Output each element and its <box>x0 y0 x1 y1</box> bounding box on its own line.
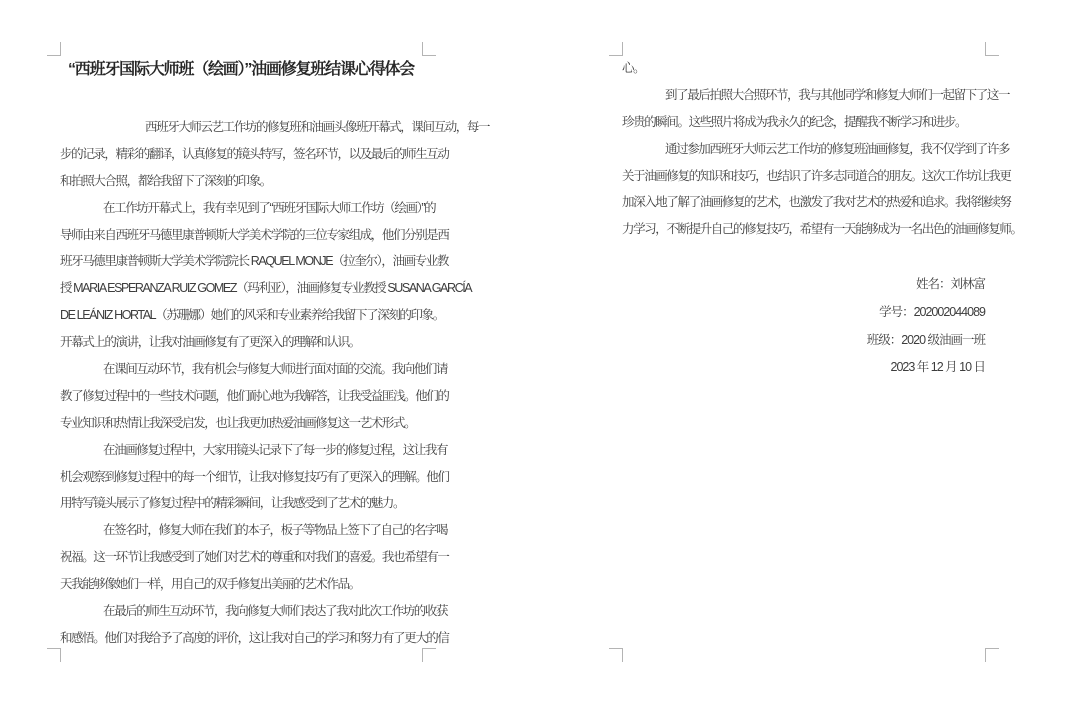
signature-student-id-line: 学号：202002044089 <box>622 299 985 327</box>
text-line: 教了修复过程中的一些技术问题，他们耐心地为我解答，让我受益匪浅。他们的 <box>60 383 422 410</box>
text-line: 专业知识和热情让我深受启发，也让我更加热爱油画修复这一艺术形式。 <box>60 410 422 437</box>
text-line: 开幕式上的演讲，让我对油画修复有了更深入的理解和认识。 <box>60 329 422 356</box>
text-boundary-mark-bottom-right-page1 <box>422 648 436 662</box>
text-line: 加深入地了解了油画修复的艺术，也激发了我对艺术的热爱和追求。我将继续努 <box>622 189 985 216</box>
text-line: 通过参加西班牙大师云艺工作坊的修复班油画修复，我不仅学到了许多 <box>622 136 985 163</box>
page-1: “西班牙国际大师班（绘画）”油画修复班结课心得体会西班牙大师云艺工作坊的修复班和… <box>60 55 422 652</box>
signature-date-line: 2023 年 12 月 10 日 <box>622 354 985 382</box>
text-line: 西班牙大师云艺工作坊的修复班和油画头像班开幕式，课间互动，每一 <box>60 114 422 141</box>
signature-name-line: 姓名：刘林富 <box>622 271 985 299</box>
text-line: 步的记录，精彩的翻译，认真修复的镜头特写，签名环节，以及最后的师生互动 <box>60 141 422 168</box>
text-line: 珍贵的瞬间。这些照片将成为我永久的纪念，提醒我不断学习和进步。 <box>622 109 985 136</box>
text-line: 在工作坊开幕式上，我有幸见到了“西班牙国际大师工作坊（绘画）”的 <box>60 195 422 222</box>
text-line: 到了最后拍照大合照环节，我与其他同学和修复大师们一起留下了这一 <box>622 82 985 109</box>
text-boundary-mark-top-right-page1 <box>422 42 436 56</box>
text-line: 在课间互动环节，我有机会与修复大师进行面对面的交流。我向他们请 <box>60 356 422 383</box>
document-canvas: “西班牙国际大师班（绘画）”油画修复班结课心得体会西班牙大师云艺工作坊的修复班和… <box>0 0 1080 702</box>
signature-class-line: 班级：2020 级油画一班 <box>622 327 985 355</box>
text-line: 班牙马德里康普顿斯大学美术学院院长 RAQUEL MONJE（拉奎尔），油画专业… <box>60 248 422 275</box>
text-boundary-mark-top-left-page1 <box>47 42 61 56</box>
text-boundary-mark-bottom-left-page1 <box>47 648 61 662</box>
text-boundary-mark-bottom-left-page2 <box>609 648 623 662</box>
text-line: 授 MARIA ESPERANZA RUIZ GOMEZ（玛利亚），油画修复专业… <box>60 275 422 302</box>
text-line: 祝福。这一环节让我感受到了她们对艺术的尊重和对我们的喜爱。我也希望有一 <box>60 544 422 571</box>
paragraph-spacer <box>622 243 985 271</box>
text-line: 在签名时，修复大师在我们的本子，板子等物品上签下了自己的名字喝 <box>60 517 422 544</box>
document-title: “西班牙国际大师班（绘画）”油画修复班结课心得体会 <box>60 59 422 81</box>
text-boundary-mark-bottom-right-page2 <box>985 648 999 662</box>
text-line: 导师由来自西班牙马德里康普顿斯大学美术学院的三位专家组成，他们分别是西 <box>60 222 422 249</box>
text-line: 和感悟。他们对我给予了高度的评价，这让我对自己的学习和努力有了更大的信 <box>60 625 422 652</box>
text-line: DE LEÁNIZ HORTAL（苏珊娜）她们的风采和专业素养给我留下了深刻的印… <box>60 302 422 329</box>
text-line: 用特写镜头展示了修复过程中的精彩瞬间，让我感受到了艺术的魅力。 <box>60 490 422 517</box>
text-line: 心。 <box>622 55 985 82</box>
text-boundary-mark-top-right-page2 <box>985 42 999 56</box>
text-boundary-mark-top-left-page2 <box>609 42 623 56</box>
text-line: 在油画修复过程中，大家用镜头记录下了每一步的修复过程，这让我有 <box>60 437 422 464</box>
text-line: 和拍照大合照，都给我留下了深刻的印象。 <box>60 168 422 195</box>
text-line: 机会观察到修复过程中的每一个细节，让我对修复技巧有了更深入的理解。他们 <box>60 464 422 491</box>
text-line: 关于油画修复的知识和技巧，也结识了许多志同道合的朋友。这次工作坊让我更 <box>622 163 985 190</box>
text-line: 天我能够像她们一样，用自己的双手修复出美丽的艺术作品。 <box>60 571 422 598</box>
text-line: 在最后的师生互动环节，我向修复大师们表达了我对此次工作坊的收获 <box>60 598 422 625</box>
text-line: 力学习，不断提升自己的修复技巧，希望有一天能够成为一名出色的油画修复师。 <box>622 216 985 243</box>
page-2: 心。到了最后拍照大合照环节，我与其他同学和修复大师们一起留下了这一珍贵的瞬间。这… <box>622 55 985 382</box>
